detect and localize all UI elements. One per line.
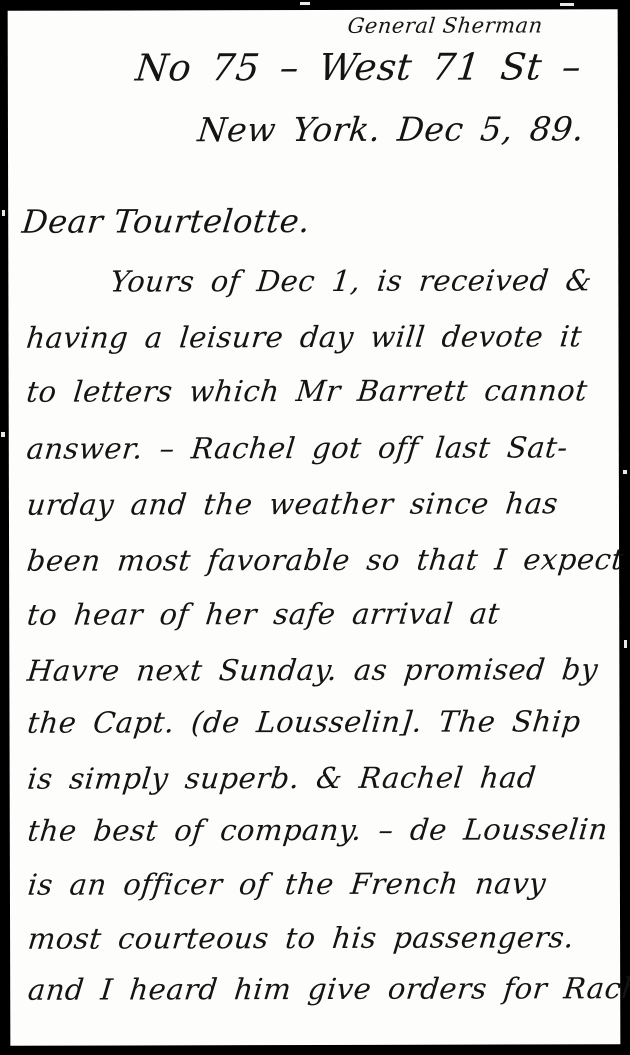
letter-paper: General Sherman No 75 – West 71 St – New… <box>8 9 621 1046</box>
scan-noise-speck <box>300 2 310 5</box>
scan-noise-speck <box>1 432 5 437</box>
salutation-line: Dear Tourtelotte. <box>20 202 312 241</box>
address-line: No 75 – West 71 St – <box>134 45 584 89</box>
scan-noise-speck <box>560 3 574 6</box>
scan-noise-speck <box>2 210 5 216</box>
handwriting-line: is simply superb. & Rachel had <box>26 760 538 795</box>
scan-noise-speck <box>623 470 627 474</box>
handwriting-line: to letters which Mr Barrett cannot <box>25 373 589 408</box>
handwriting-line: the Capt. (de Lousselin]. The Ship <box>26 704 583 739</box>
handwriting-line: the best of company. – de Lousselin <box>26 812 609 848</box>
handwriting-line: and I heard him give orders for Rachel <box>26 971 630 1007</box>
handwriting-line: is an officer of the French navy <box>26 866 548 901</box>
handwriting-line: answer. – Rachel got off last Sat- <box>25 430 569 465</box>
archivist-annotation: General Sherman <box>346 13 544 39</box>
date-line: New York. Dec 5, 89. <box>196 109 586 149</box>
scan-noise-speck <box>624 640 627 648</box>
handwriting-line: having a leisure day will devote it <box>25 319 584 354</box>
handwriting-line: urday and the weather since has <box>25 486 560 521</box>
handwriting-line: been most favorable so that I expect <box>25 542 625 578</box>
scanned-letter-page: General Sherman No 75 – West 71 St – New… <box>0 0 630 1055</box>
handwriting-line: to hear of her safe arrival at <box>25 597 501 632</box>
handwriting-line: Yours of Dec 1, is received & <box>109 263 594 298</box>
handwriting-line: Havre next Sunday. as promised by <box>26 652 600 688</box>
handwriting-line: most courteous to his passengers. <box>26 920 576 955</box>
